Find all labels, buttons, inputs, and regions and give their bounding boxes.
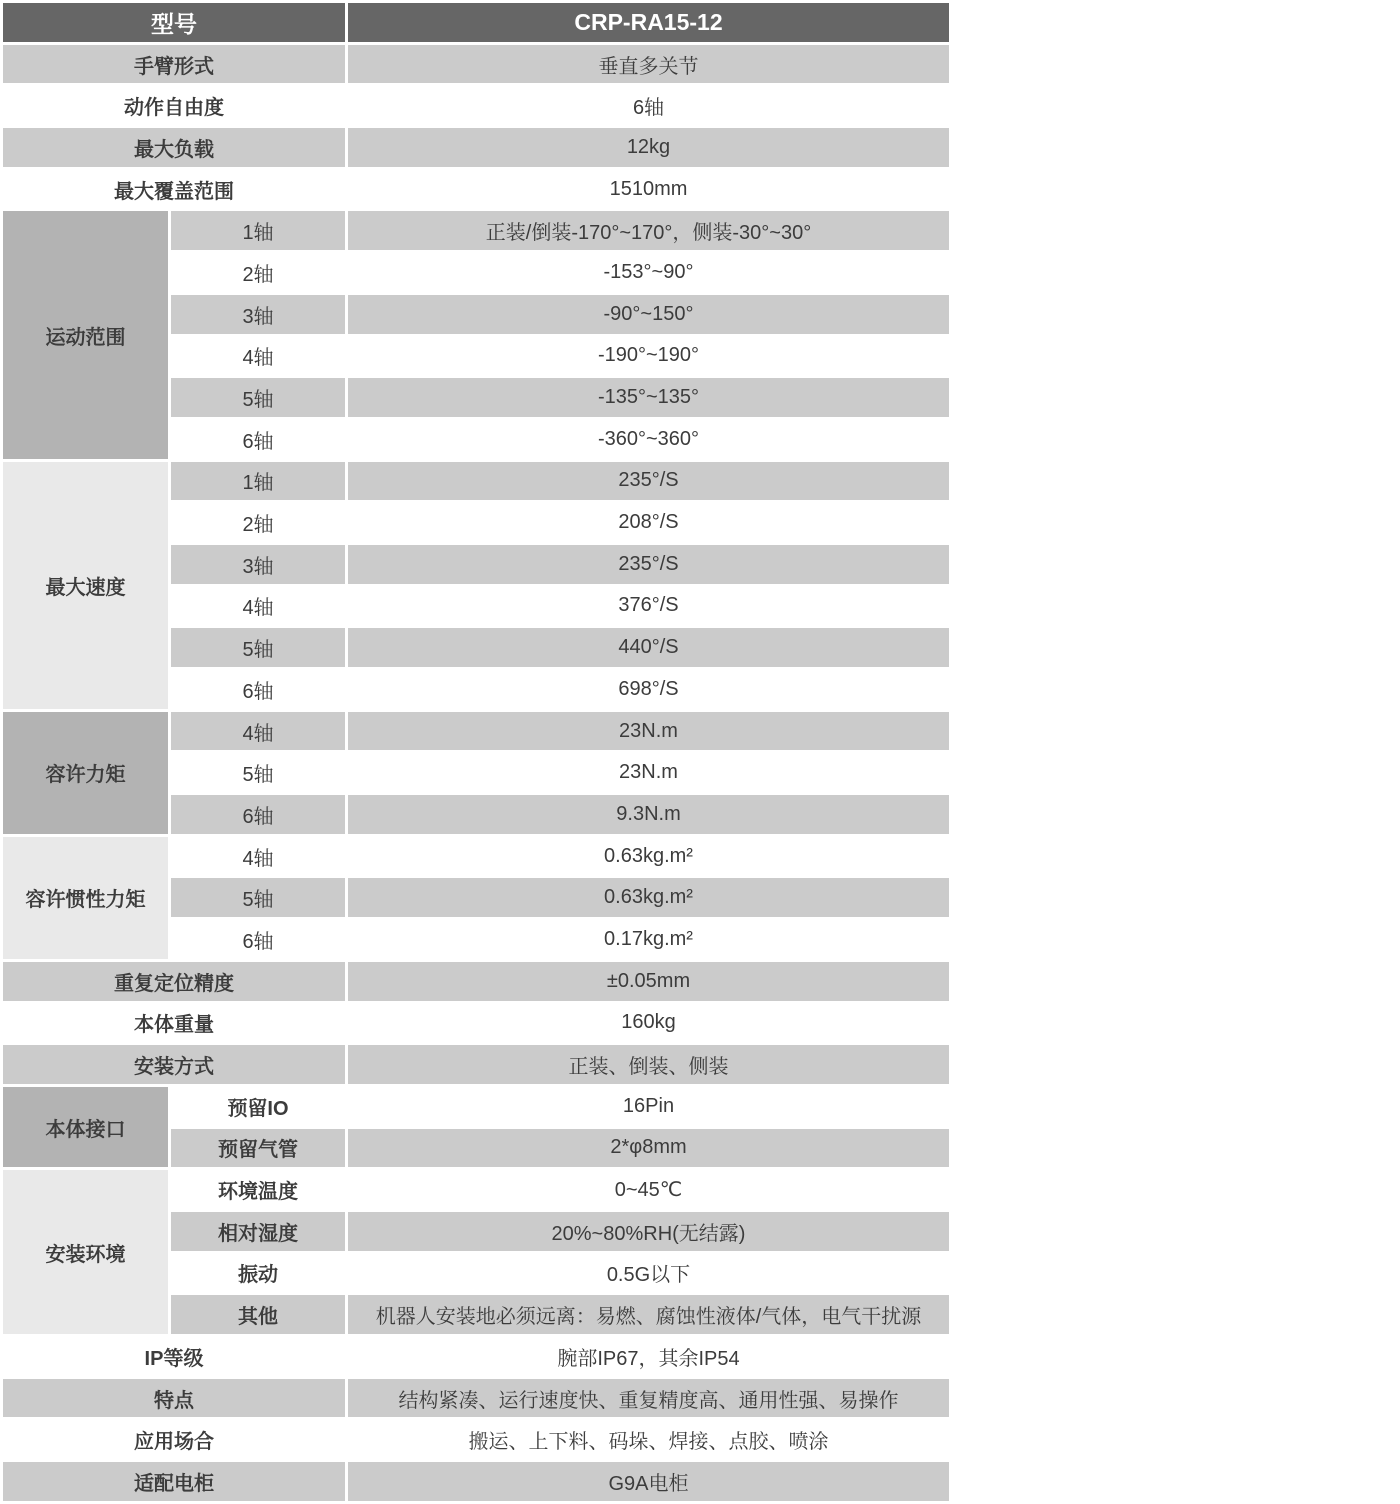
spec-row: 动作自由度6轴: [3, 86, 949, 125]
spec-sub-label: 3轴: [171, 295, 345, 334]
spec-row-value: 20%~80%RH(无结露): [348, 1212, 949, 1251]
spec-sub-label: 相对湿度: [171, 1212, 345, 1251]
spec-row-label: 适配电柜: [3, 1462, 345, 1501]
spec-sub-label: 4轴: [171, 337, 345, 376]
spec-row-value: -190°~190°: [348, 337, 949, 376]
spec-sub-label: 6轴: [171, 920, 345, 959]
spec-row-value: -360°~360°: [348, 420, 949, 459]
spec-row: 安装方式正装、倒装、侧装: [3, 1045, 949, 1084]
spec-table: 型号CRP-RA15-12手臂形式垂直多关节动作自由度6轴最大负载12kg最大覆…: [0, 0, 952, 1504]
group-label: 容许惯性力矩: [3, 837, 168, 959]
spec-row: 手臂形式垂直多关节: [3, 45, 949, 84]
spec-sub-label: 6轴: [171, 795, 345, 834]
spec-sub-label: 2轴: [171, 253, 345, 292]
spec-sub-label: 5轴: [171, 753, 345, 792]
group-label: 本体接口: [3, 1087, 168, 1167]
spec-sub-label: 4轴: [171, 587, 345, 626]
spec-row-label: 手臂形式: [3, 45, 345, 84]
spec-row-value: ±0.05mm: [348, 962, 949, 1001]
spec-sub-label: 5轴: [171, 628, 345, 667]
spec-sub-label: 4轴: [171, 837, 345, 876]
spec-row-value: 9.3N.m: [348, 795, 949, 834]
spec-row-label: 安装方式: [3, 1045, 345, 1084]
group-label: 容许力矩: [3, 712, 168, 834]
spec-sub-label: 振动: [171, 1254, 345, 1293]
spec-sub-label: 6轴: [171, 670, 345, 709]
spec-row-label: 特点: [3, 1379, 345, 1418]
spec-row-label: 重复定位精度: [3, 962, 345, 1001]
header-row: 型号CRP-RA15-12: [3, 3, 949, 42]
spec-row-value: 12kg: [348, 128, 949, 167]
spec-sub-label: 预留IO: [171, 1087, 345, 1126]
spec-sub-label: 6轴: [171, 420, 345, 459]
spec-row-value: -90°~150°: [348, 295, 949, 334]
model-value: CRP-RA15-12: [348, 3, 949, 42]
spec-row-value: 440°/S: [348, 628, 949, 667]
spec-row-value: G9A电柜: [348, 1462, 949, 1501]
spec-sub-label: 4轴: [171, 712, 345, 751]
spec-row-value: 235°/S: [348, 545, 949, 584]
spec-row: 运动范围1轴正装/倒装-170°~170°，侧装-30°~30°: [3, 211, 949, 250]
spec-row-value: 结构紧凑、运行速度快、重复精度高、通用性强、易操作: [348, 1379, 949, 1418]
spec-row-value: 1510mm: [348, 170, 949, 209]
spec-row: IP等级腕部IP67，其余IP54: [3, 1337, 949, 1376]
spec-row-value: 698°/S: [348, 670, 949, 709]
spec-row-value: 235°/S: [348, 462, 949, 501]
spec-row-value: 376°/S: [348, 587, 949, 626]
spec-row: 容许力矩4轴23N.m: [3, 712, 949, 751]
spec-row: 容许惯性力矩4轴0.63kg.m²: [3, 837, 949, 876]
spec-sub-label: 2轴: [171, 503, 345, 542]
spec-sub-label: 1轴: [171, 211, 345, 250]
group-label: 安装环境: [3, 1170, 168, 1334]
spec-row-value: 0.5G以下: [348, 1254, 949, 1293]
spec-row: 最大速度1轴235°/S: [3, 462, 949, 501]
spec-sub-label: 5轴: [171, 878, 345, 917]
spec-row-value: 23N.m: [348, 753, 949, 792]
spec-row-value: 0.17kg.m²: [348, 920, 949, 959]
spec-row-label: 应用场合: [3, 1420, 345, 1459]
spec-row-value: 16Pin: [348, 1087, 949, 1126]
model-label: 型号: [3, 3, 345, 42]
spec-row: 最大覆盖范围1510mm: [3, 170, 949, 209]
spec-row-value: 160kg: [348, 1004, 949, 1043]
spec-sub-label: 环境温度: [171, 1170, 345, 1209]
spec-row: 重复定位精度±0.05mm: [3, 962, 949, 1001]
spec-row-value: -135°~135°: [348, 378, 949, 417]
spec-row: 最大负载12kg: [3, 128, 949, 167]
spec-row-value: 2*φ8mm: [348, 1129, 949, 1168]
spec-row-value: 0~45℃: [348, 1170, 949, 1209]
spec-row-value: 0.63kg.m²: [348, 837, 949, 876]
spec-row: 本体重量160kg: [3, 1004, 949, 1043]
group-label: 最大速度: [3, 462, 168, 709]
spec-sub-label: 1轴: [171, 462, 345, 501]
spec-row: 应用场合搬运、上下料、码垛、焊接、点胶、喷涂: [3, 1420, 949, 1459]
spec-row: 安装环境环境温度0~45℃: [3, 1170, 949, 1209]
spec-table-body: 型号CRP-RA15-12手臂形式垂直多关节动作自由度6轴最大负载12kg最大覆…: [3, 3, 949, 1501]
spec-row-value: 6轴: [348, 86, 949, 125]
spec-row-value: 垂直多关节: [348, 45, 949, 84]
spec-row-value: 搬运、上下料、码垛、焊接、点胶、喷涂: [348, 1420, 949, 1459]
spec-sub-label: 其他: [171, 1295, 345, 1334]
spec-row: 本体接口预留IO16Pin: [3, 1087, 949, 1126]
spec-row-value: 208°/S: [348, 503, 949, 542]
spec-row-label: 最大覆盖范围: [3, 170, 345, 209]
spec-row-value: -153°~90°: [348, 253, 949, 292]
spec-row-label: 本体重量: [3, 1004, 345, 1043]
spec-row-value: 正装/倒装-170°~170°，侧装-30°~30°: [348, 211, 949, 250]
spec-row-value: 23N.m: [348, 712, 949, 751]
spec-row-label: 最大负载: [3, 128, 345, 167]
spec-row: 特点结构紧凑、运行速度快、重复精度高、通用性强、易操作: [3, 1379, 949, 1418]
spec-row-value: 机器人安装地必须远离：易燃、腐蚀性液体/气体，电气干扰源: [348, 1295, 949, 1334]
spec-row-value: 正装、倒装、侧装: [348, 1045, 949, 1084]
spec-sub-label: 预留气管: [171, 1129, 345, 1168]
group-label: 运动范围: [3, 211, 168, 458]
spec-sub-label: 3轴: [171, 545, 345, 584]
spec-row-value: 0.63kg.m²: [348, 878, 949, 917]
spec-row: 适配电柜G9A电柜: [3, 1462, 949, 1501]
spec-sub-label: 5轴: [171, 378, 345, 417]
spec-row-label: 动作自由度: [3, 86, 345, 125]
spec-row-value: 腕部IP67，其余IP54: [348, 1337, 949, 1376]
spec-row-label: IP等级: [3, 1337, 345, 1376]
